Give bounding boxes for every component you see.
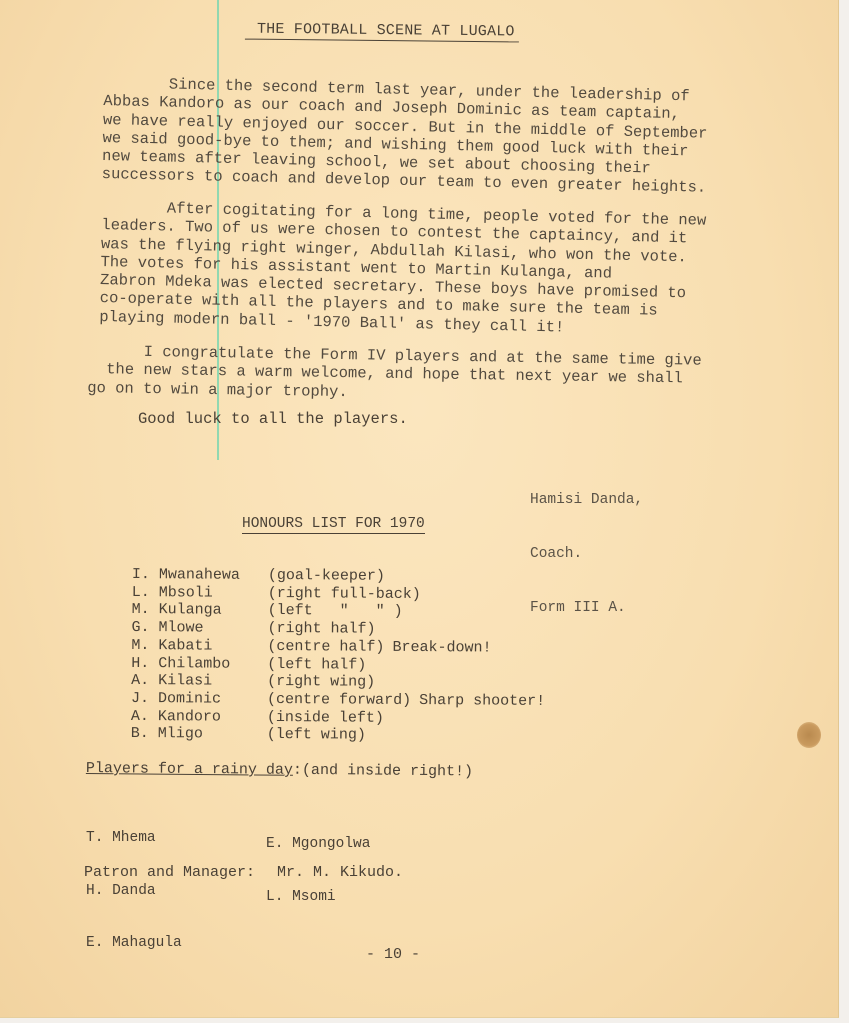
list-item: T. Mhema xyxy=(86,830,182,848)
patron-value: Mr. M. Kikudo. xyxy=(277,864,403,881)
player-name: M. Kabati xyxy=(131,637,267,656)
player-name: J. Dominic xyxy=(131,690,267,709)
reserves-heading: Players for a rainy day xyxy=(86,760,293,779)
player-position: (inside left) xyxy=(267,709,384,728)
player-position: (right wing) xyxy=(267,673,375,691)
player-position: (centre forward) xyxy=(267,691,411,710)
patron-line: Patron and Manager:Mr. M. Kikudo. xyxy=(84,864,403,881)
player-position: (right full-back) xyxy=(268,585,421,604)
list-item: H. Danda xyxy=(86,883,182,901)
closing-line: Good luck to all the players. xyxy=(138,410,408,428)
player-name: G. Mlowe xyxy=(132,619,268,638)
signature-name: Hamisi Danda, xyxy=(530,491,643,509)
player-position: (left half) xyxy=(267,655,366,673)
honours-list-title: HONOURS LIST FOR 1970 xyxy=(242,516,425,534)
reserves-column-1: T. Mhema H. Danda E. Mahagula xyxy=(86,795,182,988)
list-item: L. Msomi xyxy=(266,889,370,907)
list-item: E. Mahagula xyxy=(86,935,182,953)
player-position: (left wing) xyxy=(267,726,366,744)
document-title: THE FOOTBALL SCENE AT LUGALO xyxy=(245,21,519,43)
paragraph-congratulations: I congratulate the Form IV players and a… xyxy=(87,342,702,407)
player-name: L. Mbsoli xyxy=(132,584,268,603)
reserves-heading-line: Players for a rainy day:(and inside righ… xyxy=(86,760,473,780)
signature-form: Form III A. xyxy=(530,599,643,617)
player-name: A. Kandoro xyxy=(131,708,267,727)
list-item: B. Mligo(left wing) xyxy=(131,725,545,746)
player-note: Sharp shooter! xyxy=(419,692,545,711)
player-position: (goal-keeper) xyxy=(268,567,385,586)
signature-role: Coach. xyxy=(530,545,643,563)
player-name: A. Kilasi xyxy=(131,672,267,691)
player-position: (right half) xyxy=(268,620,376,638)
player-note: Break-down! xyxy=(392,639,491,657)
player-position: (centre half) xyxy=(267,638,384,657)
player-position: (left " " ) xyxy=(268,602,403,621)
player-name: I. Mwanahewa xyxy=(132,566,268,585)
player-name: H. Chilambo xyxy=(131,655,267,674)
player-name: B. Mligo xyxy=(131,725,267,744)
list-item: E. Mgongolwa xyxy=(266,836,370,854)
paragraph-election: After cogitating for a long time, people… xyxy=(99,198,706,340)
player-name: M. Kulanga xyxy=(132,601,268,620)
patron-label: Patron and Manager: xyxy=(84,864,255,881)
reserves-suffix: :(and inside right!) xyxy=(293,762,473,781)
signature-block: Hamisi Danda, Coach. Form III A. xyxy=(530,455,643,653)
document-page: THE FOOTBALL SCENE AT LUGALO Since the s… xyxy=(0,0,839,1018)
honours-list: I. Mwanahewa(goal-keeper) L. Mbsoli(righ… xyxy=(131,566,546,746)
paragraph-intro: Since the second term last year, under t… xyxy=(102,74,709,197)
page-number: - 10 - xyxy=(366,946,420,963)
paper-stain xyxy=(797,722,821,748)
